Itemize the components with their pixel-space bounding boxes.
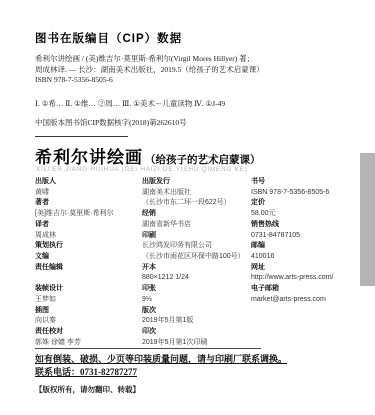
- book-title: 希利尔讲绘画: [35, 143, 143, 168]
- colophon-label: 书号: [251, 177, 356, 188]
- colophon-value: [美]维吉尔·莫里斯·希利尔: [35, 209, 141, 220]
- colophon-value: 9⅓: [142, 295, 250, 306]
- quality-notice-line: 如有倒装、破损、少页等印装质量问题，请与印刷厂联系调换。: [35, 352, 287, 365]
- colophon-value: http://www.arts-press.com/: [251, 273, 356, 284]
- colophon-column-staff: 出版人黄啸著者[美]维吉尔·莫里斯·希利尔译者周成林策划执行文编责任编辑装帧设计…: [35, 177, 141, 349]
- colophon-value: （长沙市雨花区环保中路100号）: [142, 252, 250, 263]
- colophon-label: 文编: [35, 252, 141, 263]
- colophon-value: 2019年5月第1次印刷: [142, 338, 250, 349]
- cip-entry-line-3: ISBN 978-7-5356-8505-6: [35, 75, 335, 86]
- colophon-value: 长沙鸿发印务有限公司: [142, 241, 250, 252]
- colophon-column-publishing: 出版发行湖南美术出版社（长沙市东二环一段622号）经销湖南省新华书店印刷长沙鸿发…: [142, 177, 250, 349]
- cip-classification: Ⅰ. ①希… Ⅱ. ①维… ②周… Ⅲ. ①美术－儿童读物 Ⅳ. ①J-49: [35, 98, 225, 109]
- colophon-label: 责任校对: [35, 327, 141, 338]
- colophon-label: 开本: [142, 263, 250, 274]
- colophon-label: 著者: [35, 198, 141, 209]
- cip-record-number: 中国版本图书馆CIP数据核字(2018)第262610号: [35, 117, 187, 128]
- colophon-label: 责任编辑: [35, 263, 141, 274]
- colophon-label: 定价: [251, 198, 356, 209]
- cip-entry-line-1: 希利尔讲绘画 / (美)维吉尔·莫里斯·希利尔(Virgil Mores Hil…: [35, 54, 335, 65]
- colophon-label: 经销: [142, 209, 250, 220]
- copyright-statement: 【版权所有，请勿翻印、转载】: [35, 384, 140, 395]
- colophon-value: 郭姝 徐嫱 李芳: [35, 338, 141, 349]
- colophon-label: 出版发行: [142, 177, 250, 188]
- colophon-value: 58.00元: [251, 209, 356, 220]
- contact-phone-line: 联系电话：0731-82787277: [35, 365, 137, 378]
- colophon-label: 出版人: [35, 177, 141, 188]
- colophon-value: 周成林: [35, 231, 141, 242]
- colophon-spacer: [35, 273, 141, 284]
- colophon-label: 邮编: [251, 241, 356, 252]
- colophon-value: 湖南省新华书店: [142, 220, 250, 231]
- book-subtitle: （给孩子的艺术启蒙课）: [145, 152, 261, 167]
- colophon-value: （长沙市东二环一段622号）: [142, 198, 250, 209]
- page-edge-gray-bar: [360, 153, 375, 286]
- divider-line: [35, 348, 261, 349]
- colophon-label: 插图: [35, 306, 141, 317]
- colophon-label: 装帧设计: [35, 284, 141, 295]
- cip-entry-line-2: 周成林译. — 长沙：湖南美术出版社，2019.5（给孩子的艺术启蒙课）: [35, 65, 335, 76]
- book-title-pinyin: XILI'ER JIANG HUIHUA (GEI HAIZI DE YISHU…: [36, 166, 248, 173]
- colophon-label: 译者: [35, 220, 141, 231]
- colophon-label: 电子邮箱: [251, 284, 356, 295]
- colophon-value: 880×1212 1/24: [142, 273, 250, 284]
- colophon-value: 黄啸: [35, 188, 141, 199]
- colophon-label: 网址: [251, 263, 356, 274]
- colophon-column-book-info: 书号ISBN 978-7-5356-8505-6定价58.00元销售热线0731…: [251, 177, 356, 306]
- book-title-block: 希利尔讲绘画 （给孩子的艺术启蒙课）: [35, 143, 261, 168]
- colophon-label: 策划执行: [35, 241, 141, 252]
- colophon-value: 0731-84787105: [251, 231, 356, 242]
- colophon-value: ISBN 978-7-5356-8505-6: [251, 188, 356, 199]
- divider-line: [35, 136, 128, 137]
- colophon-value: 向以秦: [35, 316, 141, 327]
- colophon-value: 410016: [251, 252, 356, 263]
- cip-entry: 希利尔讲绘画 / (美)维吉尔·莫里斯·希利尔(Virgil Mores Hil…: [35, 54, 335, 86]
- colophon-value: 王梦如: [35, 295, 141, 306]
- colophon-value: market@arts-press.com: [251, 295, 356, 306]
- colophon-label: 印次: [142, 327, 250, 338]
- copyright-page: 图书在版编目（CIP）数据 希利尔讲绘画 / (美)维吉尔·莫里斯·希利尔(Vi…: [0, 0, 375, 415]
- cip-heading: 图书在版编目（CIP）数据: [35, 30, 182, 46]
- colophon-label: 版次: [142, 306, 250, 317]
- colophon-label: 印张: [142, 284, 250, 295]
- colophon-label: 印刷: [142, 231, 250, 242]
- colophon-value: 2019年5月第1版: [142, 316, 250, 327]
- colophon-label: 销售热线: [251, 220, 356, 231]
- colophon-value: 湖南美术出版社: [142, 188, 250, 199]
